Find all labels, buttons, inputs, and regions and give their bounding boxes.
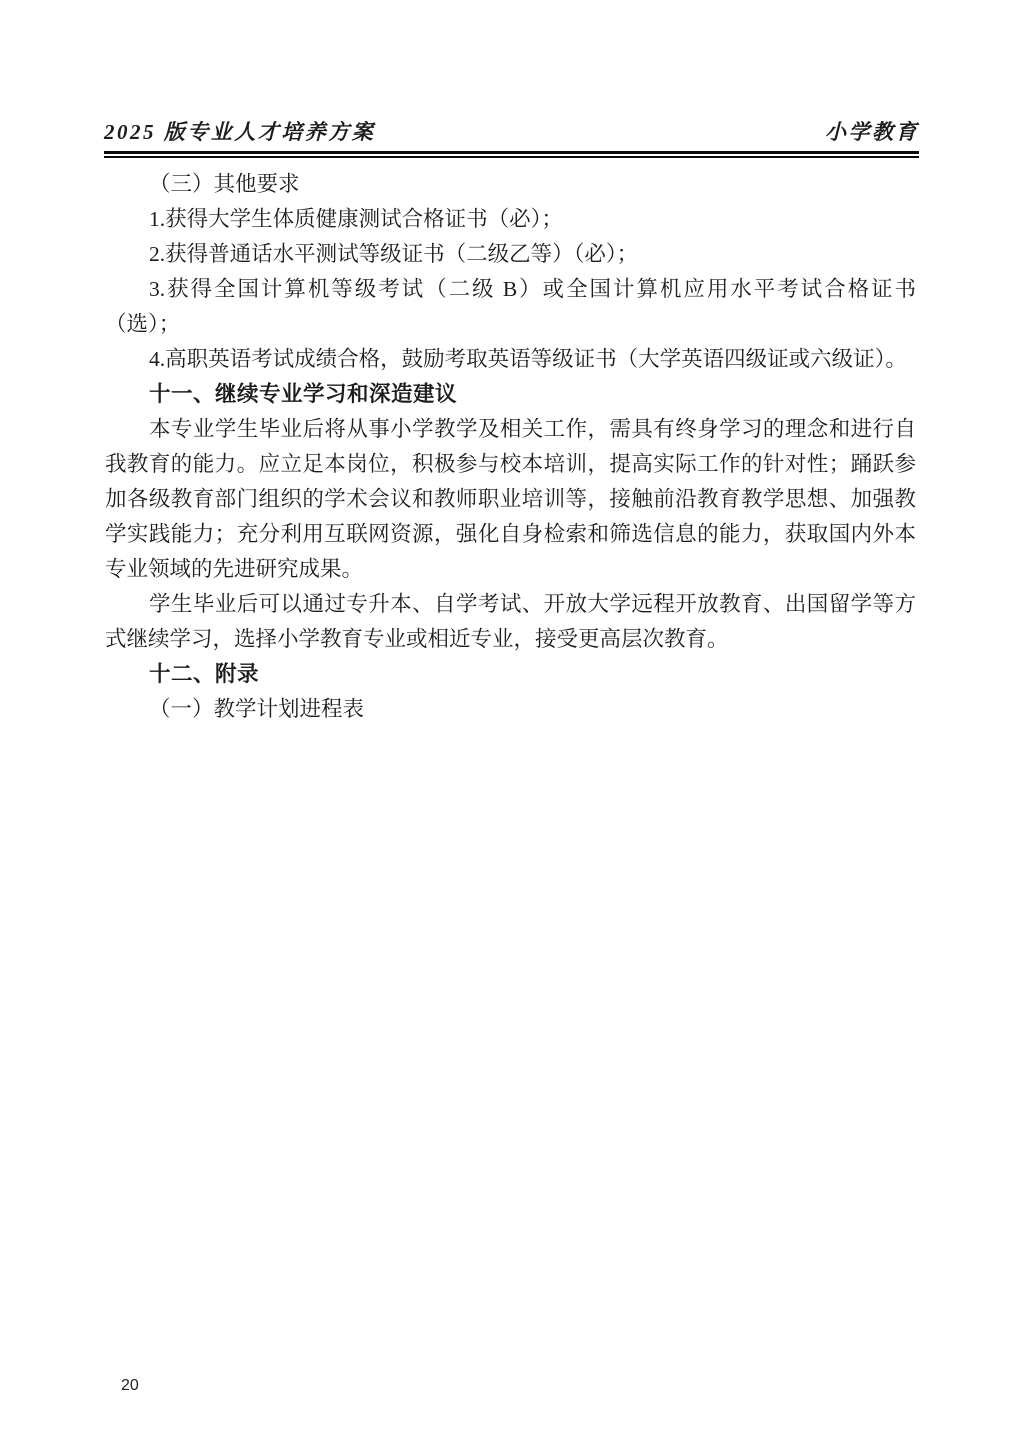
header-titles: 2025 版专业人才培养方案 小学教育 [104,116,919,151]
subsection-heading-other-requirements: （三）其他要求 [105,167,916,202]
section-11-paragraph-2: 学生毕业后可以通过专升本、自学考试、开放大学远程开放教育、出国留学等方式继续学习… [105,587,916,657]
document-body: （三）其他要求 1.获得大学生体质健康测试合格证书（必）； 2.获得普通话水平测… [105,167,916,727]
section-12-heading: 十二、附录 [105,657,916,692]
requirement-item-3: 3.获得全国计算机等级考试（二级 B）或全国计算机应用水平考试合格证书（选）； [105,272,916,342]
appendix-item-teaching-plan-table: （一）教学计划进程表 [105,692,916,727]
requirement-item-2: 2.获得普通话水平测试等级证书（二级乙等）（必）； [105,237,916,272]
requirement-item-1: 1.获得大学生体质健康测试合格证书（必）； [105,202,916,237]
header-right-title: 小学教育 [825,116,919,146]
section-11-heading: 十一、继续专业学习和深造建议 [105,377,916,412]
page-header: 2025 版专业人才培养方案 小学教育 [104,116,919,158]
page-number: 20 [121,1377,139,1395]
requirement-item-4: 4.高职英语考试成绩合格，鼓励考取英语等级证书（大学英语四级证或六级证）。 [105,342,916,377]
header-left-title: 2025 版专业人才培养方案 [104,116,375,146]
section-11-paragraph-1: 本专业学生毕业后将从事小学教学及相关工作，需具有终身学习的理念和进行自我教育的能… [105,412,916,587]
header-double-rule [104,151,919,158]
